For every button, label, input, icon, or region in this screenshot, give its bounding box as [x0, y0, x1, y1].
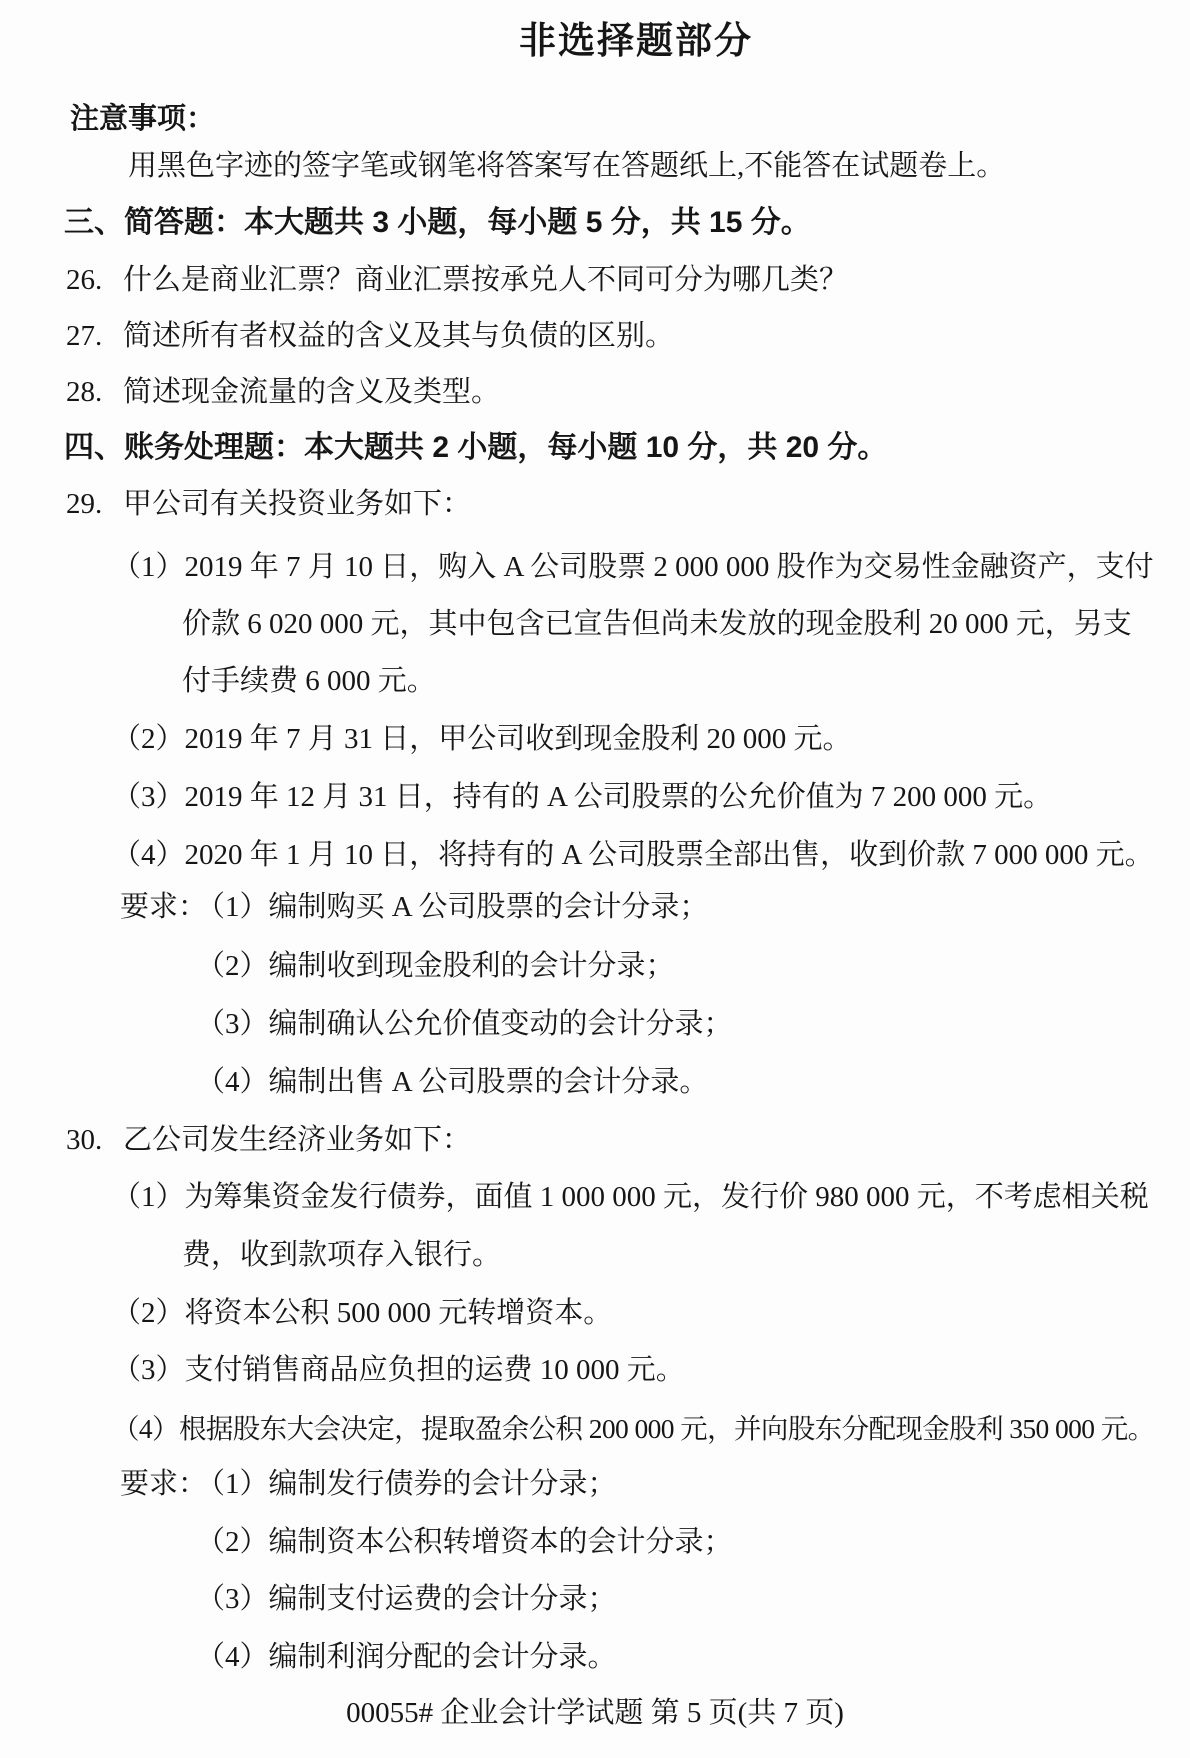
q30-item-1-cont: 费，收到款项存入银行。 — [182, 1239, 501, 1272]
q29-requirements-line-1: 要求：（1）编制购买 A 公司股票的会计分录； — [120, 891, 708, 924]
question-26-number: 26. — [66, 264, 123, 297]
question-26: 26.什么是商业汇票？商业汇票按承兑人不同可分为哪几类？ — [66, 264, 848, 297]
question-29-intro: 甲公司有关投资业务如下： — [123, 488, 471, 520]
q29-item-1-cont-1: 价款 6 020 000 元，其中包含已宣告但尚未发放的现金股利 20 000 … — [182, 608, 1132, 641]
q30-requirement-4: （4）编制利润分配的会计分录。 — [196, 1641, 617, 1674]
notice-body: 用黑色字迹的签字笔或钢笔将答案写在答题纸上,不能答在试题卷上。 — [128, 150, 1005, 183]
q30-requirements-label: 要求： — [120, 1468, 196, 1501]
exam-page: 非选择题部分 注意事项： 用黑色字迹的签字笔或钢笔将答案写在答题纸上,不能答在试… — [0, 0, 1190, 1758]
q30-item-1: （1）为筹集资金发行债券，面值 1 000 000 元，发行价 980 000 … — [112, 1181, 1149, 1214]
q30-requirement-1: （1）编制发行债券的会计分录； — [196, 1468, 617, 1500]
q29-requirement-1: （1）编制购买 A 公司股票的会计分录； — [196, 891, 708, 923]
question-28-number: 28. — [66, 376, 123, 409]
section3-heading: 三、简答题：本大题共 3 小题，每小题 5 分，共 15 分。 — [64, 206, 811, 241]
question-27-number: 27. — [66, 320, 123, 353]
question-30-intro: 乙公司发生经济业务如下： — [123, 1124, 471, 1156]
question-27-text: 简述所有者权益的含义及其与负债的区别。 — [123, 320, 674, 352]
q30-item-2: （2）将资本公积 500 000 元转增资本。 — [112, 1297, 612, 1330]
q29-item-2: （2）2019 年 7 月 31 日，甲公司收到现金股利 20 000 元。 — [112, 723, 852, 756]
question-28-text: 简述现金流量的含义及类型。 — [123, 376, 500, 408]
page-title: 非选择题部分 — [519, 20, 753, 63]
q29-requirement-4: （4）编制出售 A 公司股票的会计分录。 — [196, 1066, 708, 1099]
q29-item-4: （4）2020 年 1 月 10 日，将持有的 A 公司股票全部出售，收到价款 … — [112, 839, 1154, 872]
q29-requirement-3: （3）编制确认公允价值变动的会计分录； — [196, 1008, 733, 1041]
section4-heading: 四、账务处理题：本大题共 2 小题，每小题 10 分，共 20 分。 — [64, 431, 887, 466]
q30-requirement-3: （3）编制支付运费的会计分录； — [196, 1583, 617, 1616]
question-30-number: 30. — [66, 1124, 123, 1157]
q29-requirement-2: （2）编制收到现金股利的会计分录； — [196, 950, 675, 983]
q30-item-3: （3）支付销售商品应负担的运费 10 000 元。 — [112, 1354, 685, 1387]
question-28: 28.简述现金流量的含义及类型。 — [66, 376, 500, 409]
q30-requirements-line-1: 要求：（1）编制发行债券的会计分录； — [120, 1468, 617, 1501]
q29-requirements-label: 要求： — [120, 891, 196, 924]
q30-requirement-2: （2）编制资本公积转增资本的会计分录； — [196, 1526, 733, 1559]
question-26-text: 什么是商业汇票？商业汇票按承兑人不同可分为哪几类？ — [123, 264, 848, 296]
notice-heading: 注意事项： — [70, 103, 215, 136]
question-29: 29.甲公司有关投资业务如下： — [66, 488, 471, 521]
q30-item-4: （4）根据股东大会决定，提取盈余公积 200 000 元，并向股东分配现金股利 … — [112, 1413, 1155, 1445]
question-30: 30.乙公司发生经济业务如下： — [66, 1124, 471, 1157]
question-29-number: 29. — [66, 488, 123, 521]
q29-item-3: （3）2019 年 12 月 31 日，持有的 A 公司股票的公允价值为 7 2… — [112, 781, 1052, 814]
q29-item-1: （1）2019 年 7 月 10 日，购入 A 公司股票 2 000 000 股… — [112, 551, 1154, 584]
question-27: 27.简述所有者权益的含义及其与负债的区别。 — [66, 320, 674, 353]
q29-item-1-cont-2: 付手续费 6 000 元。 — [182, 665, 436, 698]
page-footer: 00055# 企业会计学试题 第 5 页(共 7 页) — [0, 1697, 1190, 1730]
